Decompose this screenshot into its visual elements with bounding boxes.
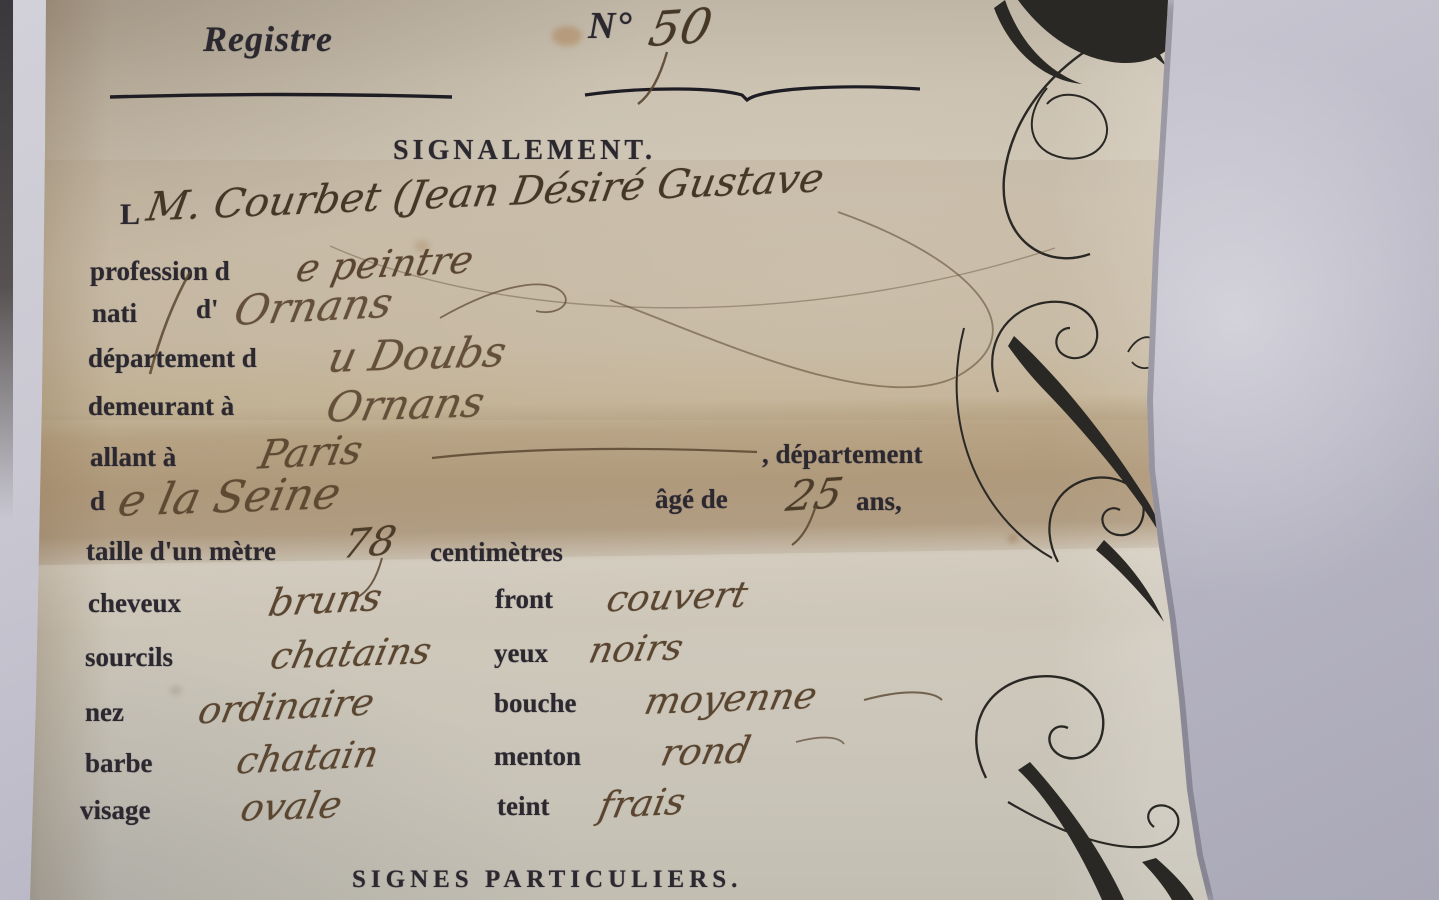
photograph-of-document: Registre N° 50 SIGNALEMENT. L M. Courbet… bbox=[0, 0, 1439, 900]
pen-stroke-flourishes bbox=[150, 52, 1055, 744]
header-rules bbox=[110, 87, 920, 100]
photo-left-edge-object bbox=[0, 0, 13, 520]
